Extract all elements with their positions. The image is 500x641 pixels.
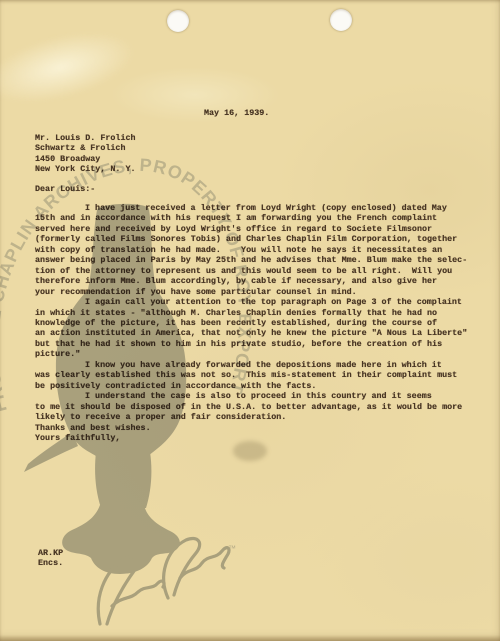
recipient-address: Mr. Louis D. Frolich Schwartz & Frolich … <box>35 133 136 175</box>
letter-body: I have just received a letter from Loyd … <box>35 203 477 443</box>
salutation: Dear Louis:- <box>35 184 95 194</box>
ink-smudge <box>233 441 267 461</box>
enclosure-notation: Encs. <box>38 558 63 568</box>
typist-initials: AR.KP <box>38 548 63 558</box>
body-paragraph-1: I have just received a letter from Loyd … <box>35 203 477 297</box>
body-paragraph-3: I know you have already forwarded the de… <box>35 360 477 391</box>
thanks-line: Thanks and best wishes. <box>35 423 477 433</box>
paper-damage-patch <box>0 0 178 133</box>
trademark-symbol: ™ <box>228 544 236 553</box>
body-paragraph-2: I again call your attention to the top p… <box>35 297 477 360</box>
bowler-hat-icon <box>62 505 180 574</box>
signature-watermark: ™ <box>98 538 236 624</box>
valediction: Yours faithfully, <box>35 433 477 443</box>
date-line: May 16, 1939. <box>204 108 269 118</box>
punch-hole-left <box>167 10 189 32</box>
body-paragraph-4: I understand the case is also to proceed… <box>35 391 477 422</box>
letter-page: May 16, 1939. Mr. Louis D. Frolich Schwa… <box>0 0 500 641</box>
punch-hole-right <box>330 9 352 31</box>
